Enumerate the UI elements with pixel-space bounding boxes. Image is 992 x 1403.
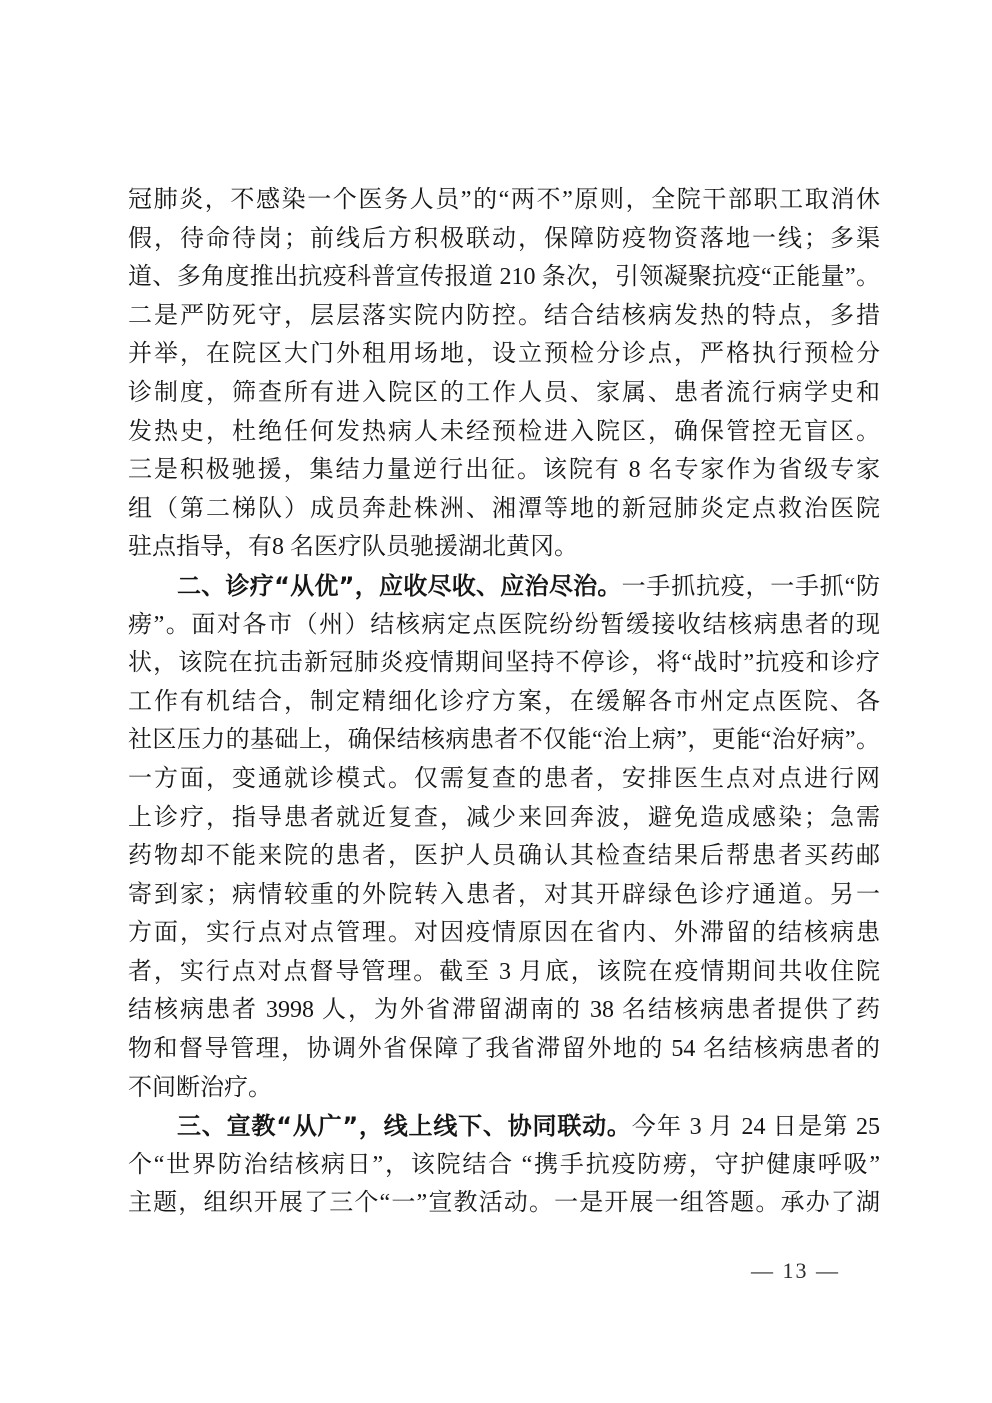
text-line: 痨”。面对各市（州）结核病定点医院纷纷暂缓接收结核病患者的现: [128, 606, 880, 645]
body-text: 驻点指导，有8 名医疗队员驰援湖北黄冈。: [128, 534, 578, 560]
body-text: 诊制度，筛查所有进入院区的工作人员、家属、患者流行病学史和: [128, 380, 880, 406]
text-line: 药物却不能来院的患者，医护人员确认其检查结果后帮患者买药邮: [128, 837, 880, 876]
body-text: 者，实行点对点督导管理。截至 3 月底，该院在疫情期间共收住院: [128, 959, 880, 985]
text-line: 冠肺炎，不感染一个医务人员”的“两不”原则，全院干部职工取消休: [128, 181, 880, 220]
body-text: 方面，实行点对点管理。对因疫情原因在省内、外滞留的结核病患: [128, 920, 880, 946]
body-text: 工作有机结合，制定精细化诊疗方案，在缓解各市州定点医院、各: [128, 689, 880, 715]
text-line: 一方面，变通就诊模式。仅需复查的患者，安排医生点对点进行网: [128, 760, 880, 799]
text-line: 驻点指导，有8 名医疗队员驰援湖北黄冈。: [128, 528, 880, 567]
text-line: 主题，组织开展了三个“一”宣教活动。一是开展一组答题。承办了湖: [128, 1184, 880, 1223]
body-text: 社区压力的基础上，确保结核病患者不仅能“治上病”，更能“治好病”。: [128, 727, 880, 753]
text-line: 假，待命待岗；前线后方积极联动，保障防疫物资落地一线；多渠: [128, 220, 880, 259]
document-page: 冠肺炎，不感染一个医务人员”的“两不”原则，全院干部职工取消休假，待命待岗；前线…: [0, 0, 992, 1403]
document-body: 冠肺炎，不感染一个医务人员”的“两不”原则，全院干部职工取消休假，待命待岗；前线…: [128, 181, 880, 1223]
text-line: 三是积极驰援，集结力量逆行出征。该院有 8 名专家作为省级专家: [128, 451, 880, 490]
body-text: 发热史，杜绝任何发热病人未经预检进入院区，确保管控无盲区。: [128, 419, 880, 445]
body-text: 今年 3 月 24 日是第 25: [632, 1114, 880, 1140]
body-text: 结核病患者 3998 人，为外省滞留湖南的 38 名结核病患者提供了药: [128, 997, 880, 1023]
body-text: 状，该院在抗击新冠肺炎疫情期间坚持不停诊，将“战时”抗疫和诊疗: [128, 650, 880, 676]
body-text: 冠肺炎，不感染一个医务人员”的“两不”原则，全院干部职工取消休: [128, 187, 880, 213]
body-text: 并举，在院区大门外租用场地，设立预检分诊点，严格执行预检分: [128, 341, 880, 367]
text-line: 物和督导管理，协调外省保障了我省滞留外地的 54 名结核病患者的: [128, 1030, 880, 1069]
section-heading-text: 二、诊疗“从优”，应收尽收、应治尽治。: [177, 572, 622, 600]
text-line: 道、多角度推出抗疫科普宣传报道 210 条次，引领凝聚抗疫“正能量”。: [128, 258, 880, 297]
text-line: 寄到家；病情较重的外院转入患者，对其开辟绿色诊疗通道。另一: [128, 876, 880, 915]
text-line: 结核病患者 3998 人，为外省滞留湖南的 38 名结核病患者提供了药: [128, 991, 880, 1030]
body-text: 个“世界防治结核病日”，该院结合 “携手抗疫防痨，守护健康呼吸”: [128, 1152, 880, 1178]
text-line: 不间断治疗。: [128, 1069, 880, 1108]
page-number: — 13 —: [751, 1258, 840, 1284]
text-line: 发热史，杜绝任何发热病人未经预检进入院区，确保管控无盲区。: [128, 413, 880, 452]
body-text: 寄到家；病情较重的外院转入患者，对其开辟绿色诊疗通道。另一: [128, 882, 880, 908]
body-text: 一方面，变通就诊模式。仅需复查的患者，安排医生点对点进行网: [128, 766, 880, 792]
body-text: 上诊疗，指导患者就近复查，减少来回奔波，避免造成感染；急需: [128, 805, 880, 831]
body-text: 不间断治疗。: [128, 1075, 272, 1101]
body-text: 二是严防死守，层层落实院内防控。结合结核病发热的特点，多措: [128, 303, 880, 329]
text-line: 状，该院在抗击新冠肺炎疫情期间坚持不停诊，将“战时”抗疫和诊疗: [128, 644, 880, 683]
text-line: 二、诊疗“从优”，应收尽收、应治尽治。一手抓抗疫，一手抓“防: [128, 567, 880, 606]
body-text: 道、多角度推出抗疫科普宣传报道 210 条次，引领凝聚抗疫“正能量”。: [128, 264, 880, 290]
body-text: 物和督导管理，协调外省保障了我省滞留外地的 54 名结核病患者的: [128, 1036, 880, 1062]
body-text: 假，待命待岗；前线后方积极联动，保障防疫物资落地一线；多渠: [128, 226, 880, 252]
text-line: 者，实行点对点督导管理。截至 3 月底，该院在疫情期间共收住院: [128, 953, 880, 992]
body-text: 主题，组织开展了三个“一”宣教活动。一是开展一组答题。承办了湖: [128, 1190, 880, 1216]
text-line: 二是严防死守，层层落实院内防控。结合结核病发热的特点，多措: [128, 297, 880, 336]
text-line: 组（第二梯队）成员奔赴株洲、湘潭等地的新冠肺炎定点救治医院: [128, 490, 880, 529]
text-line: 个“世界防治结核病日”，该院结合 “携手抗疫防痨，守护健康呼吸”: [128, 1146, 880, 1185]
body-text: 一手抓抗疫，一手抓“防: [622, 574, 880, 600]
body-text: 药物却不能来院的患者，医护人员确认其检查结果后帮患者买药邮: [128, 843, 880, 869]
section-heading-text: 三、宣教“从广”，线上线下、协同联动。: [177, 1112, 632, 1140]
text-line: 上诊疗，指导患者就近复查，减少来回奔波，避免造成感染；急需: [128, 799, 880, 838]
text-line: 三、宣教“从广”，线上线下、协同联动。今年 3 月 24 日是第 25: [128, 1107, 880, 1146]
text-line: 社区压力的基础上，确保结核病患者不仅能“治上病”，更能“治好病”。: [128, 721, 880, 760]
body-text: 组（第二梯队）成员奔赴株洲、湘潭等地的新冠肺炎定点救治医院: [128, 496, 880, 522]
body-text: 三是积极驰援，集结力量逆行出征。该院有 8 名专家作为省级专家: [128, 457, 880, 483]
text-line: 方面，实行点对点管理。对因疫情原因在省内、外滞留的结核病患: [128, 914, 880, 953]
body-text: 痨”。面对各市（州）结核病定点医院纷纷暂缓接收结核病患者的现: [128, 612, 880, 638]
text-line: 诊制度，筛查所有进入院区的工作人员、家属、患者流行病学史和: [128, 374, 880, 413]
text-line: 并举，在院区大门外租用场地，设立预检分诊点，严格执行预检分: [128, 335, 880, 374]
text-line: 工作有机结合，制定精细化诊疗方案，在缓解各市州定点医院、各: [128, 683, 880, 722]
